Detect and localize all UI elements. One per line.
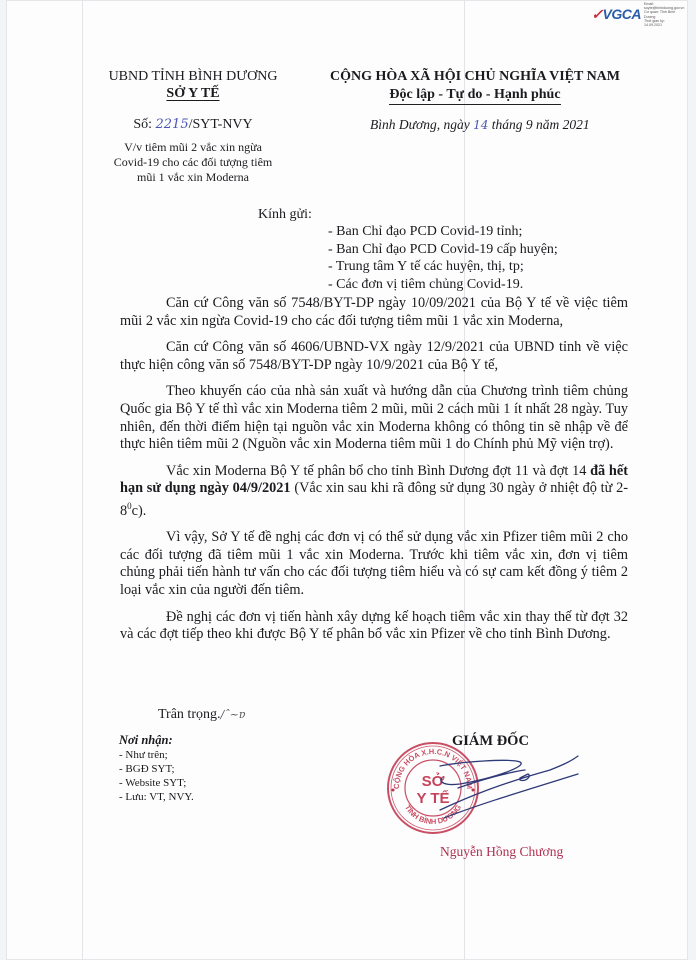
paragraph: Vì vậy, Sở Y tế đề nghị các đơn vị có th… [120, 529, 628, 599]
handwritten-day: 14 [473, 118, 488, 132]
greeting: Kính gửi: [258, 207, 312, 223]
organization-name: UBND TỈNH BÌNH DƯƠNG [108, 68, 278, 85]
recipient-item: - Lưu: VT, NVY. [119, 790, 194, 804]
issuing-agency: UBND TỈNH BÌNH DƯƠNG SỞ Y TẾ [108, 68, 278, 102]
vgca-logo-icon: ✓VGCA [591, 6, 641, 23]
handwritten-number: 2215 [156, 117, 189, 132]
national-motto: Độc lập - Tự do - Hạnh phúc [389, 86, 560, 105]
signer-name: Nguyễn Hồng Chương [440, 844, 563, 860]
digital-signature-badge: ✓VGCA Email: soyte@binhduong.gov.vn Cơ q… [591, 2, 678, 27]
paragraph: Vắc xin Moderna Bộ Y tế phân bổ cho tỉnh… [120, 463, 628, 521]
addressee-item: - Ban Chỉ đạo PCD Covid-19 cấp huyện; [328, 241, 558, 259]
addressee-list: - Ban Chỉ đạo PCD Covid-19 tỉnh; - Ban C… [328, 223, 558, 293]
department-name: SỞ Y TẾ [108, 85, 278, 102]
recipient-item: - Như trên; [119, 748, 194, 762]
document-number: Số: 2215/SYT-NVY [108, 117, 278, 133]
place-and-date: Bình Dương, ngày 14 tháng 9 năm 2021 [370, 117, 590, 133]
document-body: Căn cứ Công văn số 7548/BYT-DP ngày 10/0… [120, 295, 628, 653]
recipient-item: - BGĐ SYT; [119, 762, 194, 776]
recipients-block: Nơi nhận: - Như trên; - BGĐ SYT; - Websi… [119, 733, 194, 804]
national-header: CỘNG HÒA XÃ HỘI CHỦ NGHĨA VIỆT NAM Độc l… [310, 68, 640, 105]
digital-signature-meta: Email: soyte@binhduong.gov.vn Cơ quan: T… [644, 2, 678, 27]
initials-mark: /ˆ~ɐ [221, 708, 246, 721]
nation-title: CỘNG HÒA XÃ HỘI CHỦ NGHĨA VIỆT NAM [310, 68, 640, 85]
handwritten-signature-icon [400, 748, 580, 838]
addressee-item: - Trung tâm Y tế các huyện, thị, tp; [328, 258, 558, 276]
addressee-item: - Các đơn vị tiêm chủng Covid-19. [328, 276, 558, 294]
paragraph: Đề nghị các đơn vị tiến hành xây dựng kế… [120, 609, 628, 644]
closing: Trân trọng./ˆ~ɐ [158, 707, 245, 723]
document-subject: V/v tiêm mũi 2 vắc xin ngừa Covid-19 cho… [108, 140, 278, 185]
paragraph: Căn cứ Công văn số 4606/UBND-VX ngày 12/… [120, 339, 628, 374]
paragraph: Căn cứ Công văn số 7548/BYT-DP ngày 10/0… [120, 295, 628, 330]
recipient-item: - Website SYT; [119, 776, 194, 790]
paragraph: Theo khuyến cáo của nhà sản xuất và hướn… [120, 383, 628, 453]
recipients-title: Nơi nhận: [119, 733, 194, 748]
fold-line [82, 0, 83, 960]
addressee-item: - Ban Chỉ đạo PCD Covid-19 tỉnh; [328, 223, 558, 241]
